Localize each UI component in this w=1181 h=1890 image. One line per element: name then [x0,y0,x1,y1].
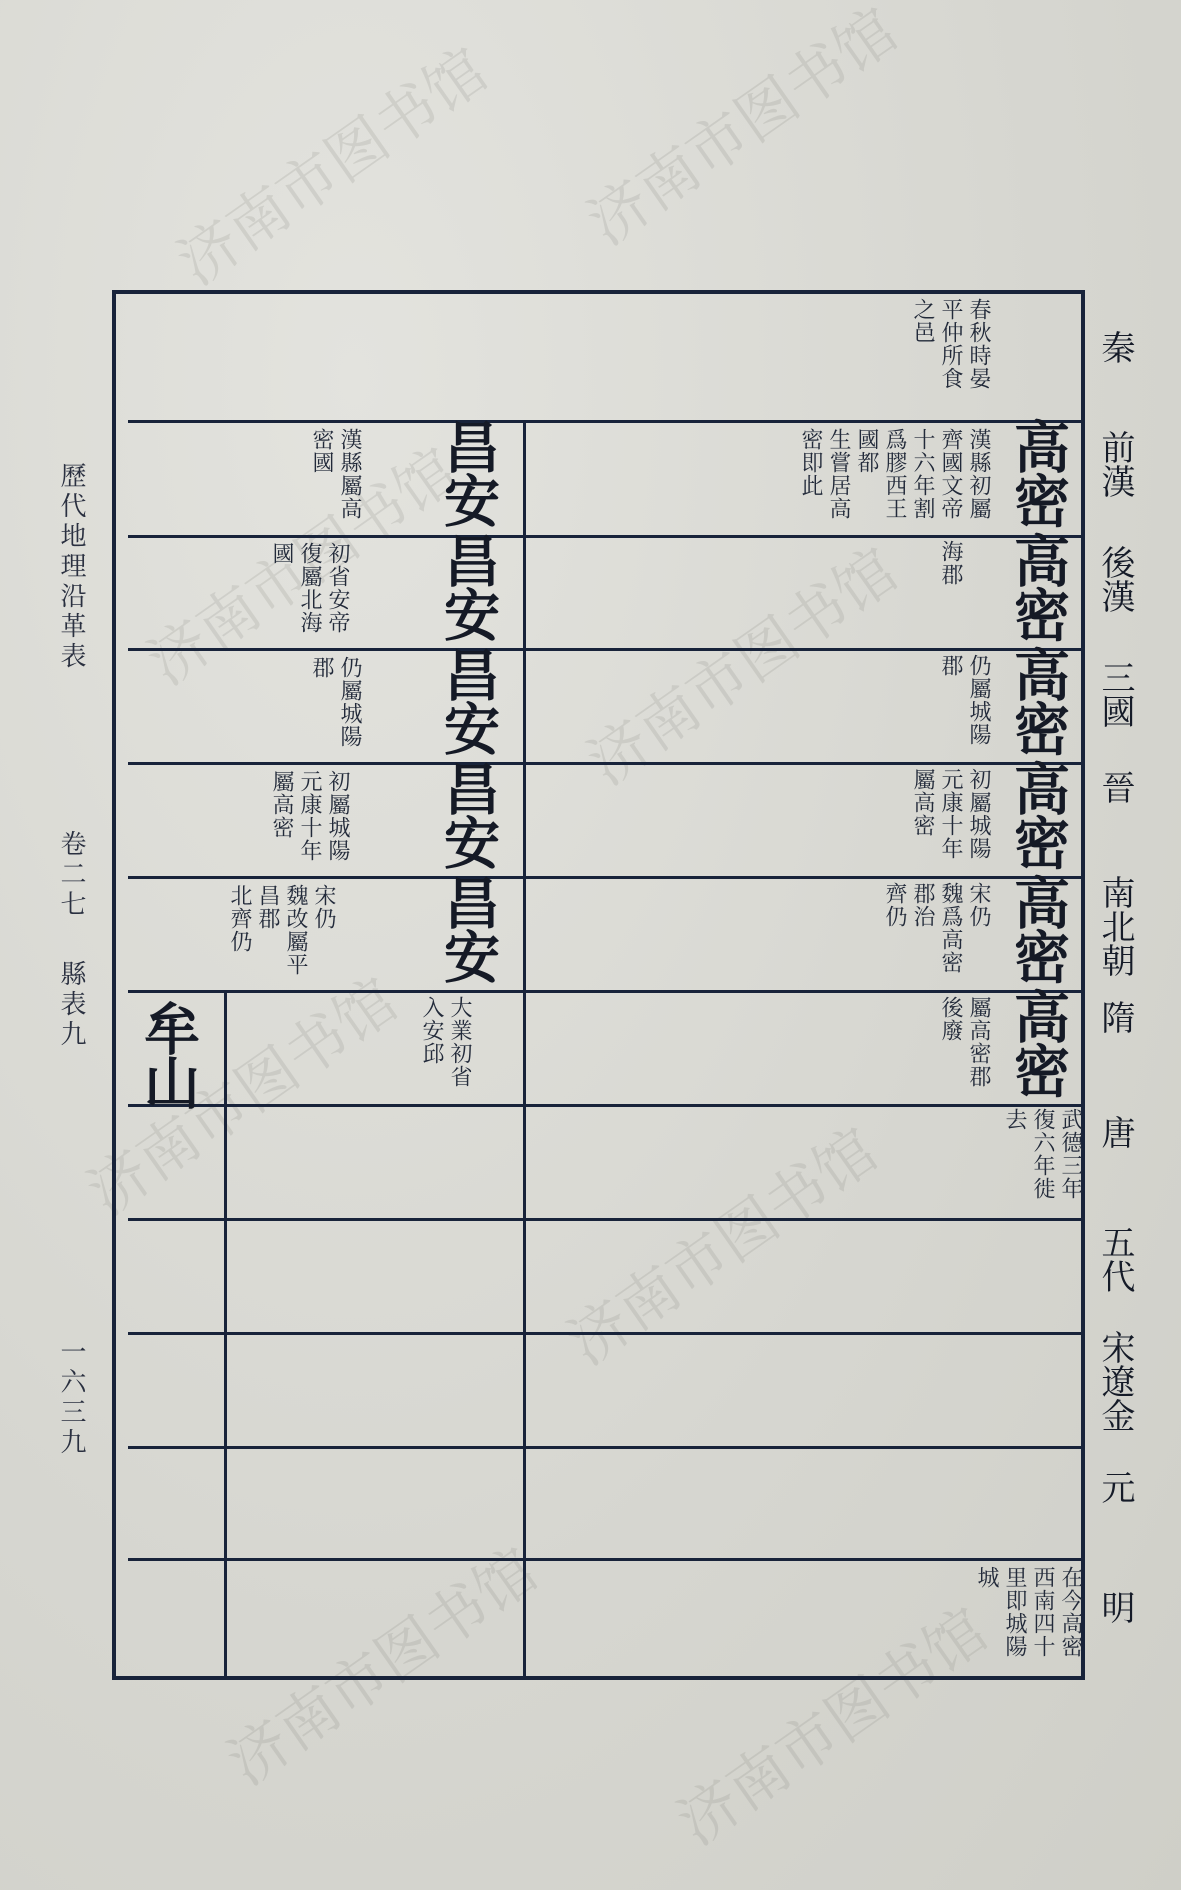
sui-gaomi-note: 屬高密郡 後廢 [939,996,989,1088]
row-divider [128,1332,1083,1335]
row-divider [128,535,1083,538]
note-line: 郡治 [911,882,933,974]
note-line: 初屬城陽 [967,768,989,860]
county-gaomi-hou-han: 高密 [1010,532,1066,640]
note-line: 國 [270,542,292,634]
tang-gaomi-note: 武德三年 復六年徙 去 [1003,1108,1081,1200]
note-line: 城 [975,1566,997,1658]
note-line: 宋仍 [312,884,334,976]
county-gaomi-nanbeichao: 高密 [1010,874,1066,982]
row-divider [128,1218,1083,1221]
qian-han-gaomi-note: 漢縣初屬 齊國文帝 十六年割 爲膠西王 國都 宣帝本始 元年更爲 高密國 漢書表… [799,428,989,520]
note-line: 密國 [310,428,332,520]
row-divider [128,1446,1083,1449]
ming-location-note: 在今高密 西南四十 里即城陽 城 [975,1566,1081,1658]
dynasty-qian-han: 前漢 [1098,430,1132,498]
note-line: 爲膠西王 [883,428,905,520]
nanbeichao-gaomi-note: 宋仍 魏爲高密 郡治 齊仍 [883,882,989,974]
county-changan-jin: 昌安 [440,760,496,868]
note-line: 海郡 [939,540,961,632]
note-line: 元康十年 [939,768,961,860]
note-line: 仍屬城陽 [338,656,360,748]
note-line: 密即此 [799,428,821,520]
column-divider-moushan [224,990,227,1680]
note-line: 仍屬城陽 [967,654,989,746]
note-line: 復屬北海 [298,542,320,634]
note-line: 元康十年 [298,770,320,862]
note-line: 初省安帝 [326,542,348,634]
county-changan-san-guo: 昌安 [440,646,496,754]
nanbeichao-changan-note: 宋仍 魏改屬平 昌郡 北齊仍 [228,884,334,976]
note-line: 郡 [939,654,961,746]
qian-han-changan-note: 漢縣屬高 密國 [310,428,360,520]
note-line: 去 [1003,1108,1025,1200]
note-line: 漢縣屬高 [338,428,360,520]
note-line: 里即城陽 [1003,1566,1025,1658]
note-line: 西南四十 [1031,1566,1053,1658]
sui-changan-note: 大業初省 入安邱 [420,996,470,1088]
note-line: 屬高密 [911,768,933,860]
dynasty-ming: 明 [1098,1590,1132,1624]
note-line: 漢縣初屬 [967,428,989,520]
note-line: 春秋時晏 [967,298,989,390]
note-line: 齊國文帝 [939,428,961,520]
hou-han-gaomi-note: 復名屬北 海郡 [939,540,989,632]
volume-label: 卷二七 [58,830,84,920]
dynasty-tang: 唐 [1098,1115,1132,1149]
san-guo-changan-note: 仍屬城陽 郡 [310,656,360,748]
qin-gaomi-note: 春秋時晏 平仲所食 之邑 [911,298,989,390]
county-changan-hou-han: 昌安 [440,532,496,640]
dynasty-hou-han: 後漢 [1098,545,1132,613]
county-changan-qian-han: 昌安 [440,418,496,526]
row-divider [128,1558,1083,1561]
page-number: 一六三九 [58,1338,84,1458]
note-line: 平仲所食 [939,298,961,390]
row-divider [128,648,1083,651]
county-gaomi-qian-han: 高密 [1010,418,1066,526]
dynasty-san-guo: 三國 [1098,660,1132,728]
dynasty-jin: 晉 [1098,770,1132,804]
row-divider [128,762,1083,765]
note-line: 大業初省 [448,996,470,1088]
column-divider-changan [523,420,526,1680]
note-line: 初屬城陽 [326,770,348,862]
county-gaomi-jin: 高密 [1010,760,1066,868]
note-line: 武德三年 [1059,1108,1081,1200]
note-line: 昌郡 [256,884,278,976]
county-gaomi-san-guo: 高密 [1010,646,1066,754]
jin-gaomi-note: 初屬城陽 元康十年 屬高密 [911,768,989,860]
note-line: 屬高密 [270,770,292,862]
note-line: 入安邱 [420,996,442,1088]
hou-han-changan-note: 初省安帝 復屬北海 國 [270,542,348,634]
note-line: 復六年徙 [1031,1108,1053,1200]
row-divider [128,420,1083,423]
dynasty-yuan: 元 [1098,1470,1132,1504]
note-line: 北齊仍 [228,884,250,976]
jin-changan-note: 初屬城陽 元康十年 屬高密 [270,770,348,862]
note-line: 後廢 [939,996,961,1088]
county-moushan-sui: 牟山 [140,1000,196,1108]
note-line: 之邑 [911,298,933,390]
dynasty-sui: 隋 [1098,1000,1132,1034]
note-line: 宋仍 [967,882,989,974]
row-divider [128,876,1083,879]
dynasty-qin: 秦 [1098,330,1132,364]
note-line: 十六年割 [911,428,933,520]
san-guo-gaomi-note: 仍屬城陽 郡 [939,654,989,746]
dynasty-wudai: 五代 [1098,1225,1132,1293]
county-changan-nanbeichao: 昌安 [440,874,496,982]
note-line: 魏改屬平 [284,884,306,976]
row-divider [128,990,1083,993]
note-line: 魏爲高密 [939,882,961,974]
section-label: 縣表九 [58,960,84,1050]
note-line: 在今高密 [1059,1566,1081,1658]
note-line: 生嘗居高 [827,428,849,520]
book-title: 歷代地理沿革表 [58,462,84,672]
county-gaomi-sui: 高密 [1010,988,1066,1096]
dynasty-nanbeichao: 南北朝 [1098,875,1132,977]
row-divider [128,1104,1083,1107]
note-line: 屬高密郡 [967,996,989,1088]
note-line: 國都 [855,428,877,520]
dynasty-song-liao-jin: 宋遼金 [1098,1330,1132,1432]
note-line: 郡 [310,656,332,748]
note-line: 齊仍 [883,882,905,974]
